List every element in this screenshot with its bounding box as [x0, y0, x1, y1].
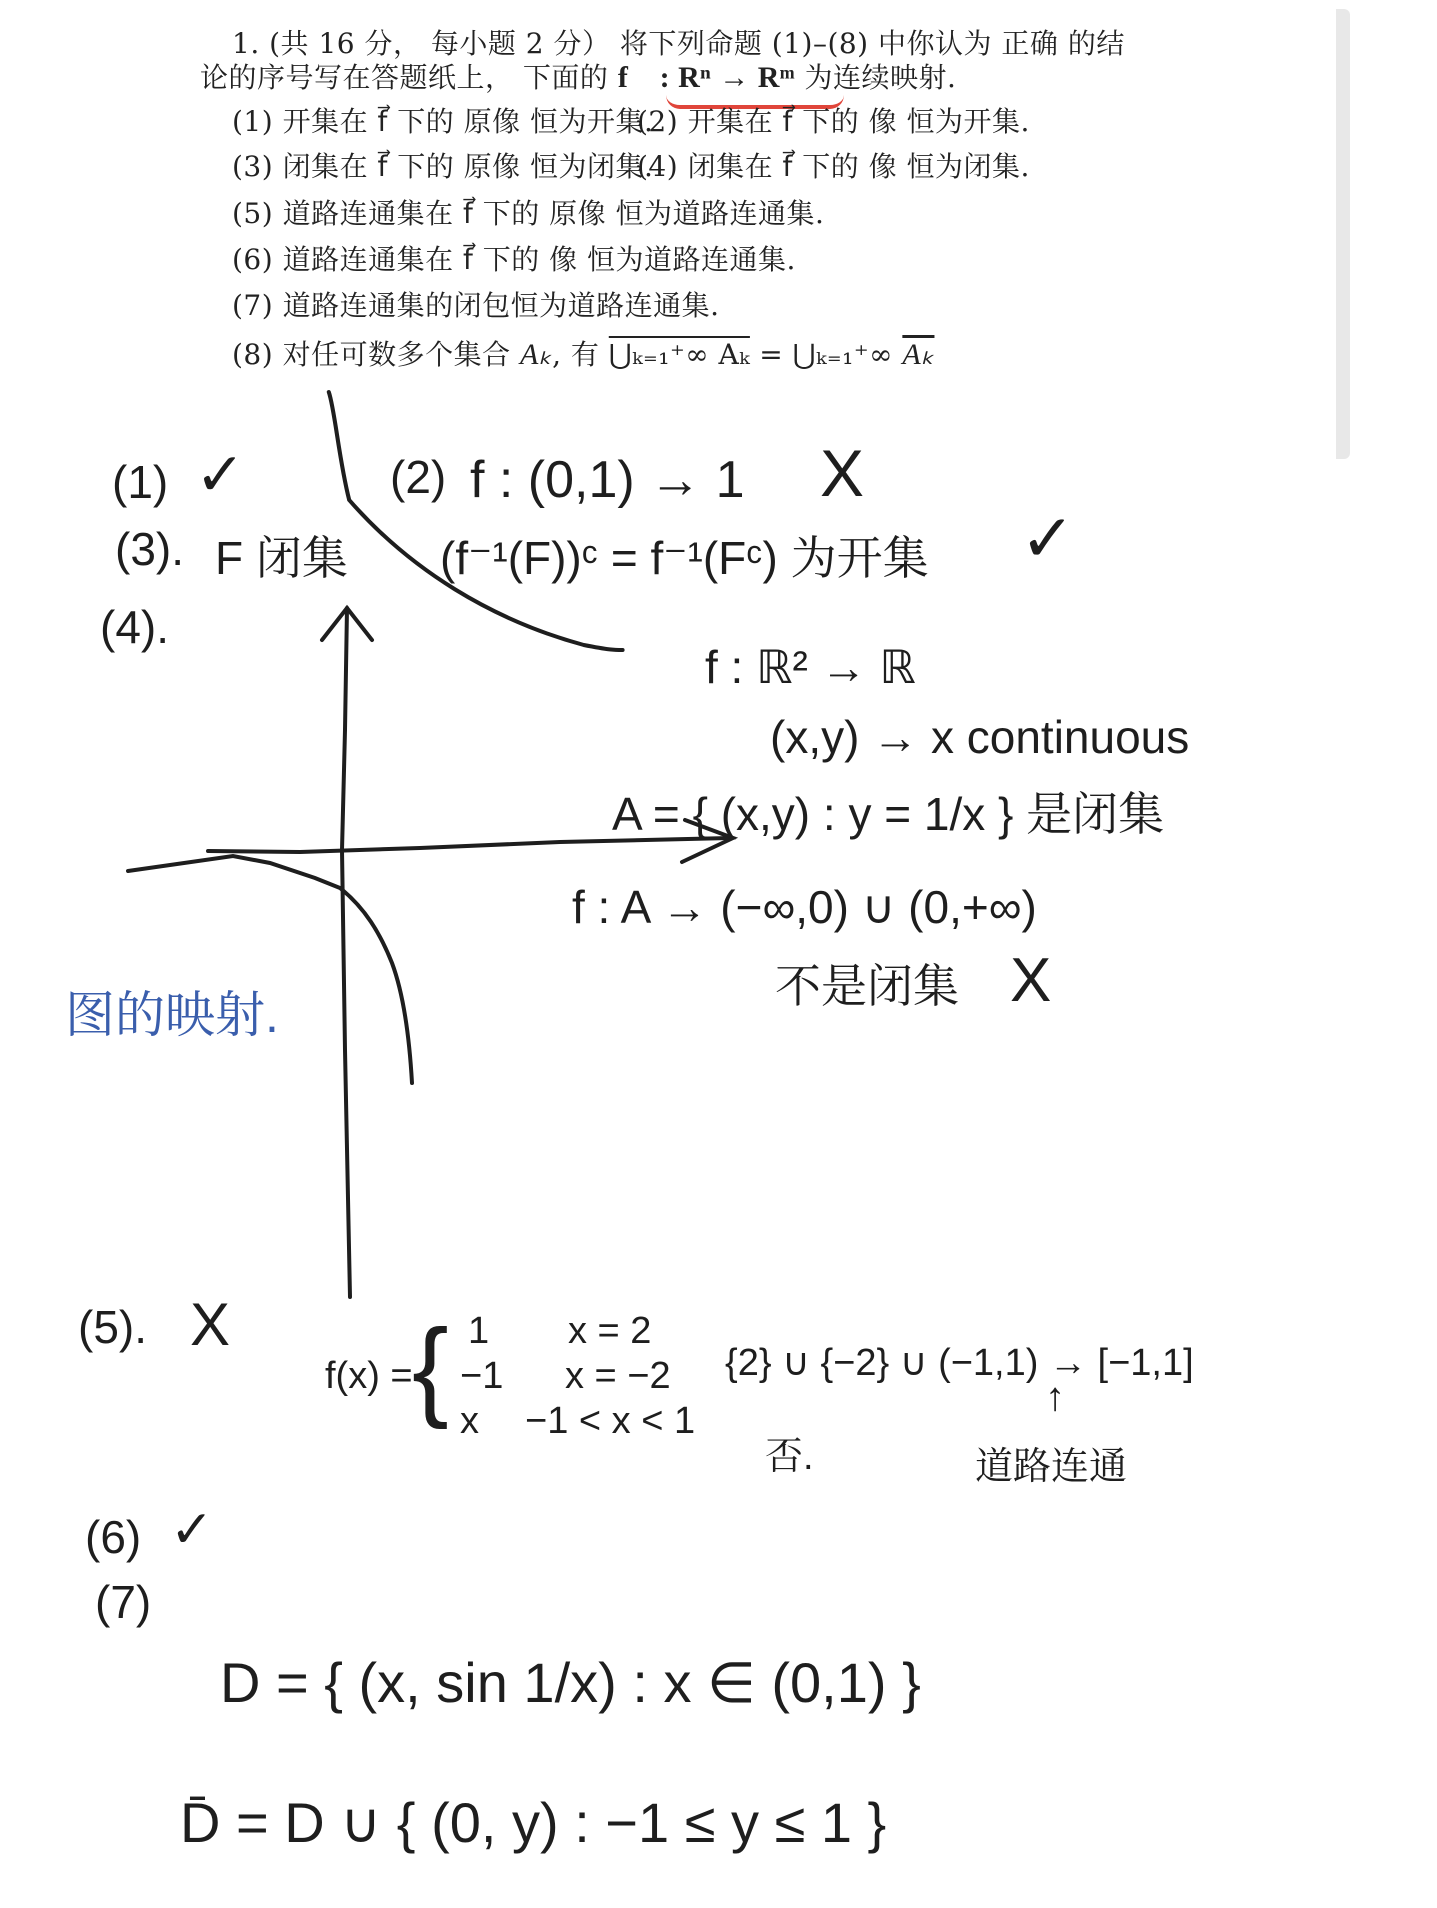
- x-axis: [208, 838, 730, 852]
- answer-7-D: D = { (x, sin 1/x) : x ∈ (0,1) }: [220, 1650, 921, 1716]
- brace-icon: {: [412, 1305, 449, 1432]
- case-1-cond: x = 2: [568, 1310, 651, 1353]
- hyperbola-branch-right: [329, 392, 623, 650]
- answer-6-label: (6): [85, 1510, 141, 1564]
- case-1-value: 1: [468, 1310, 489, 1353]
- checkmark-icon: ✓: [170, 1500, 214, 1560]
- case-2-cond: x = −2: [565, 1355, 671, 1398]
- case-2-value: −1: [460, 1355, 503, 1398]
- answer-7-label: (7): [95, 1575, 151, 1629]
- case-3-cond: −1 < x < 1: [525, 1400, 695, 1443]
- answer-5-label: (5).: [78, 1300, 147, 1354]
- x-axis-arrow-icon: [682, 820, 733, 862]
- y-axis: [342, 730, 350, 1297]
- answer-7-Dbar: D̄ = D ∪ { (0, y) : −1 ≤ y ≤ 1 }: [180, 1790, 886, 1856]
- piecewise-fx: f(x) =: [325, 1355, 413, 1398]
- case-3-value: x: [460, 1400, 479, 1443]
- answer-5-no: 否.: [765, 1425, 814, 1480]
- hyperbola-branch-left: [128, 856, 412, 1083]
- hyperbola-sketch: [0, 0, 1437, 1908]
- answer-5-domain: {2} ∪ {−2} ∪ (−1,1) → [−1,1]: [725, 1340, 1194, 1385]
- cross-icon: X: [190, 1290, 230, 1359]
- answer-5-pathconnected: 道路连通: [975, 1435, 1127, 1490]
- up-arrow-icon: ↑: [1045, 1375, 1065, 1420]
